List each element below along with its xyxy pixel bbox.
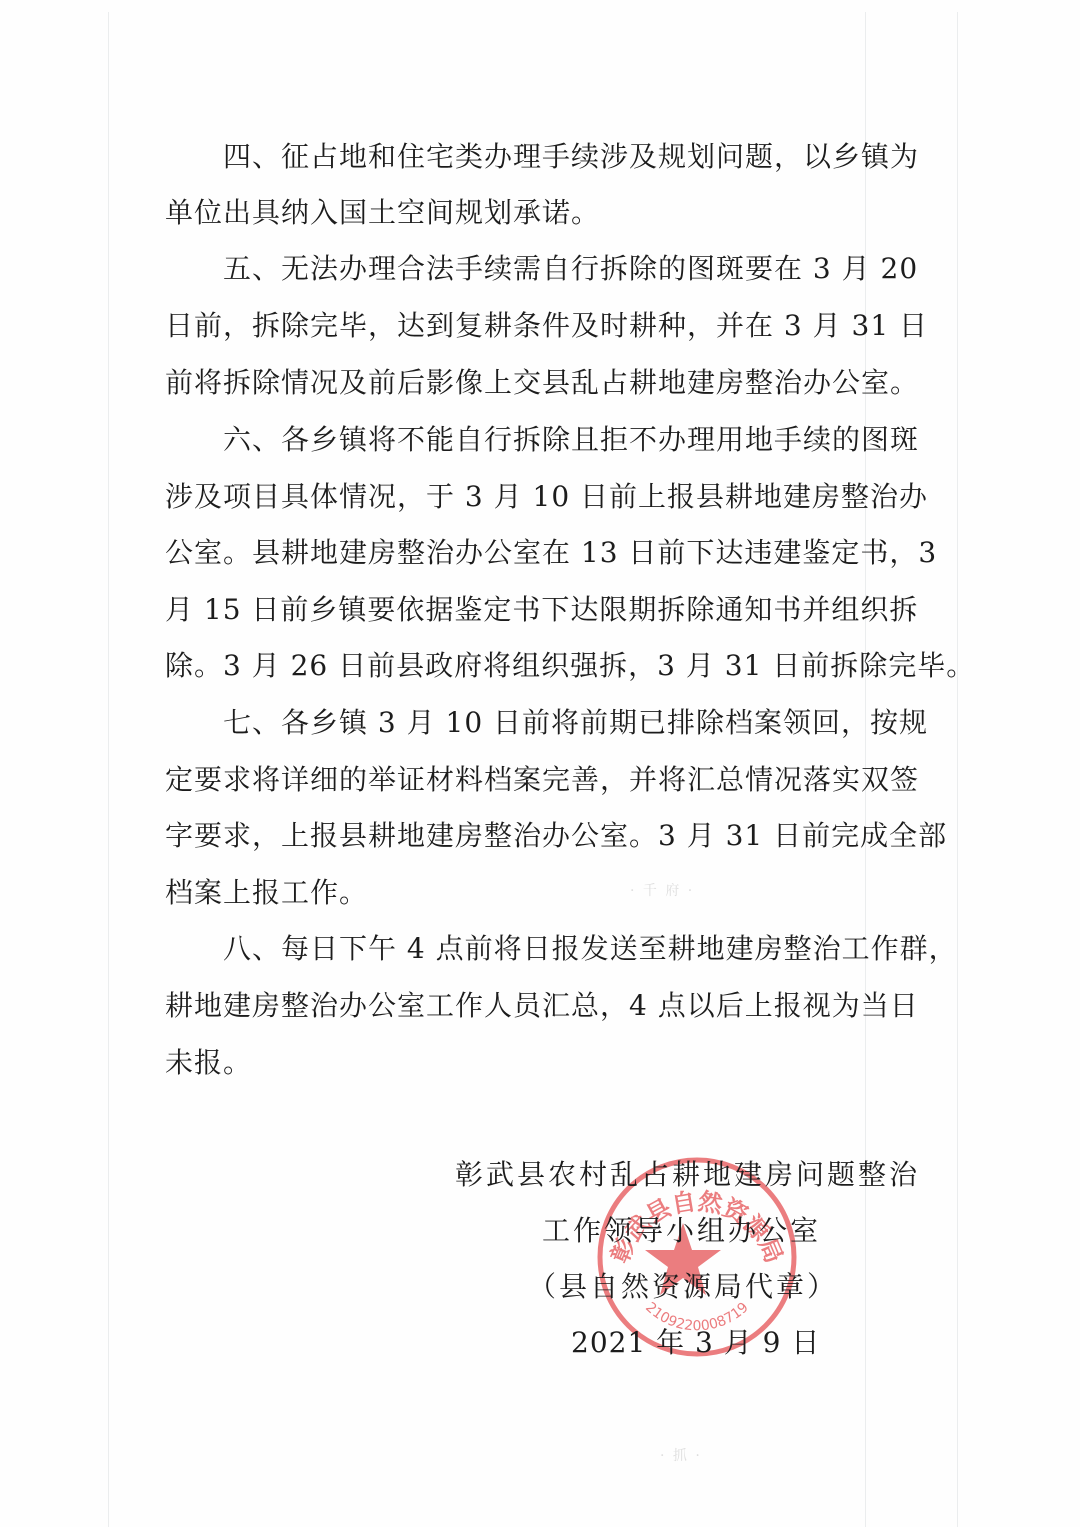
paragraph-four-line-2: 单位出具纳入国土空间规划承诺。 [165,196,915,230]
paragraph-seven-line-4: 档案上报工作。 [165,876,915,910]
signature-date: 2021 年 3 月 9 日 [571,1326,820,1360]
document-page: 四、征占地和住宅类办理手续涉及规划问题，以乡镇为 单位出具纳入国土空间规划承诺。… [0,0,1080,1527]
bleed-through-mark: · 千 府 · [630,880,694,900]
paragraph-five-line-1: 五、无法办理合法手续需自行拆除的图斑要在 3 月 20 [165,252,915,286]
paragraph-six-line-1: 六、各乡镇将不能自行拆除且拒不办理用地手续的图斑 [165,423,915,457]
paragraph-six-line-4: 月 15 日前乡镇要依据鉴定书下达限期拆除通知书并组织拆 [165,593,915,627]
paragraph-seven-line-2: 定要求将详细的举证材料档案完善，并将汇总情况落实双签 [165,763,915,797]
paragraph-eight-line-3: 未报。 [165,1046,915,1080]
paragraph-eight-line-1: 八、每日下午 4 点前将日报发送至耕地建房整治工作群， [165,932,915,966]
paragraph-six-line-5: 除。3 月 26 日前县政府将组织强拆，3 月 31 日前拆除完毕。 [165,649,915,683]
signature-org-line-2: 工作领导小组办公室 [542,1214,821,1248]
scan-artifact-line [108,12,109,1527]
signature-org-line-1: 彰武县农村乱占耕地建房问题整治 [455,1158,920,1192]
scan-artifact-line [957,12,958,1527]
paragraph-seven-line-3: 字要求，上报县耕地建房整治办公室。3 月 31 日前完成全部 [165,819,915,853]
paragraph-seven-line-1: 七、各乡镇 3 月 10 日前将前期已排除档案领回，按规 [165,706,915,740]
bleed-through-mark: · 抓 · [660,1445,702,1465]
paragraph-five-line-3: 前将拆除情况及前后影像上交县乱占耕地建房整治办公室。 [165,366,915,400]
paragraph-six-line-3: 公室。县耕地建房整治办公室在 13 日前下达违建鉴定书，3 [165,536,915,570]
paragraph-four-line-1: 四、征占地和住宅类办理手续涉及规划问题，以乡镇为 [165,140,915,174]
paragraph-five-line-2: 日前，拆除完毕，达到复耕条件及时耕种，并在 3 月 31 日 [165,309,915,343]
signature-stamp-note: （县自然资源局代章） [528,1270,838,1304]
paragraph-six-line-2: 涉及项目具体情况，于 3 月 10 日前上报县耕地建房整治办 [165,480,915,514]
paragraph-eight-line-2: 耕地建房整治办公室工作人员汇总，4 点以后上报视为当日 [165,989,915,1023]
